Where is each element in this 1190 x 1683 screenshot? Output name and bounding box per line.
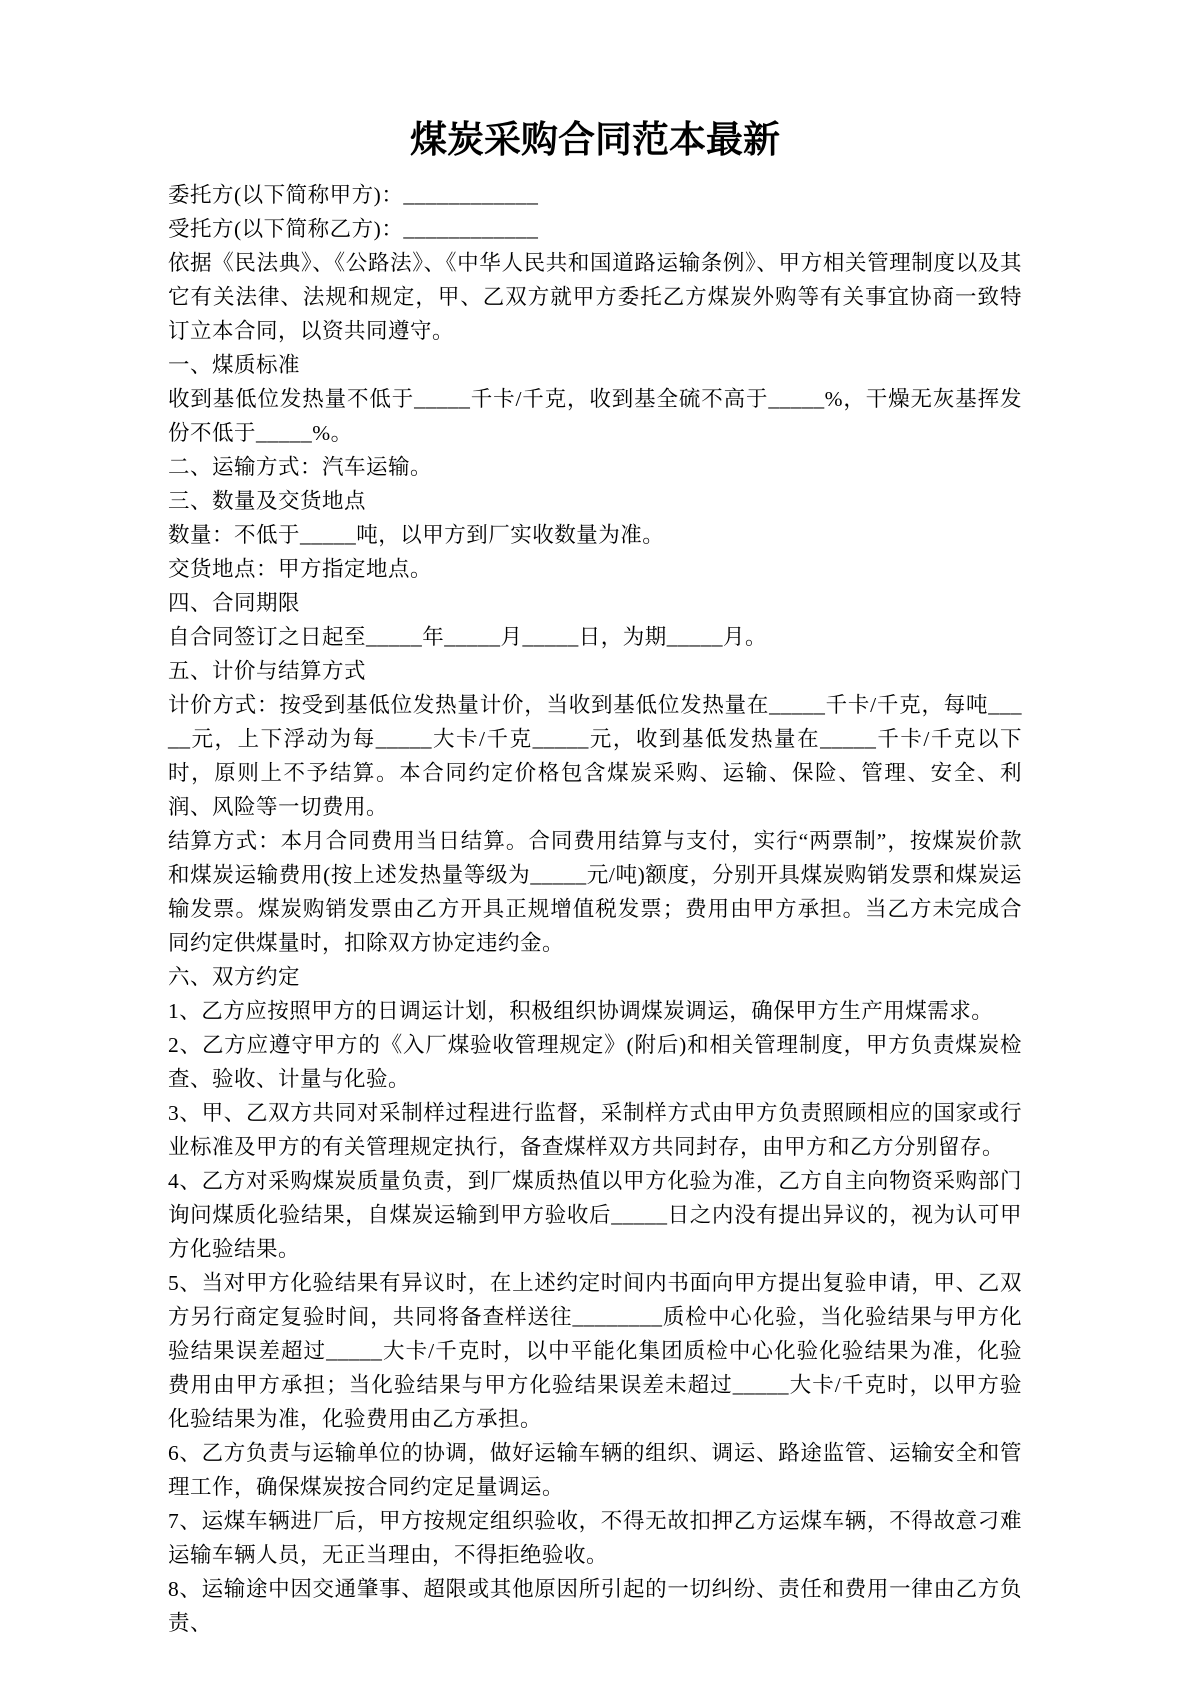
contract-section-5-heading: 五、计价与结算方式 [168,654,1022,688]
contract-clause-2: 2、乙方应遵守甲方的《入厂煤验收管理规定》(附后)和相关管理制度，甲方负责煤炭检… [168,1028,1022,1096]
contract-clause-7: 7、运煤车辆进厂后，甲方按规定组织验收，不得无故扣押乙方运煤车辆，不得故意刁难运… [168,1504,1022,1572]
contract-page: 煤炭采购合同范本最新 委托方(以下简称甲方)：____________ 受托方(… [0,0,1190,1683]
document-title: 煤炭采购合同范本最新 [168,118,1022,164]
contract-paragraph-preamble: 依据《民法典》、《公路法》、《中华人民共和国道路运输条例》、甲方相关管理制度以及… [168,246,1022,348]
contract-section-3-heading: 三、数量及交货地点 [168,484,1022,518]
contract-clause-3: 3、甲、乙双方共同对采制样过程进行监督，采制样方式由甲方负责照顾相应的国家或行业… [168,1096,1022,1164]
contract-paragraph: 数量：不低于_____吨，以甲方到厂实收数量为准。 [168,518,1022,552]
contract-clause-1: 1、乙方应按照甲方的日调运计划，积极组织协调煤炭调运，确保甲方生产用煤需求。 [168,994,1022,1028]
contract-paragraph: 收到基低位发热量不低于_____千卡/千克，收到基全硫不高于_____%，干燥无… [168,382,1022,450]
contract-section-1-heading: 一、煤质标准 [168,348,1022,382]
contract-paragraph-party-a: 委托方(以下简称甲方)：____________ [168,178,1022,212]
contract-paragraph-settlement: 结算方式：本月合同费用当日结算。合同费用结算与支付，实行“两票制”，按煤炭价款和… [168,824,1022,960]
contract-section-4-heading: 四、合同期限 [168,586,1022,620]
contract-clause-5: 5、当对甲方化验结果有异议时，在上述约定时间内书面向甲方提出复验申请，甲、乙双方… [168,1266,1022,1436]
contract-clause-8: 8、运输途中因交通肇事、超限或其他原因所引起的一切纠纷、责任和费用一律由乙方负责… [168,1572,1022,1640]
contract-clause-4: 4、乙方对采购煤炭质量负责，到厂煤质热值以甲方化验为准，乙方自主向物资采购部门询… [168,1164,1022,1266]
contract-section-6-heading: 六、双方约定 [168,960,1022,994]
contract-clause-6: 6、乙方负责与运输单位的协调，做好运输车辆的组织、调运、路途监管、运输安全和管理… [168,1436,1022,1504]
contract-paragraph-party-b: 受托方(以下简称乙方)：____________ [168,212,1022,246]
contract-section-2-heading: 二、运输方式：汽车运输。 [168,450,1022,484]
contract-paragraph: 自合同签订之日起至_____年_____月_____日，为期_____月。 [168,620,1022,654]
contract-paragraph: 交货地点：甲方指定地点。 [168,552,1022,586]
contract-paragraph-pricing: 计价方式：按受到基低位发热量计价，当收到基低位发热量在_____千卡/千克，每吨… [168,688,1022,824]
